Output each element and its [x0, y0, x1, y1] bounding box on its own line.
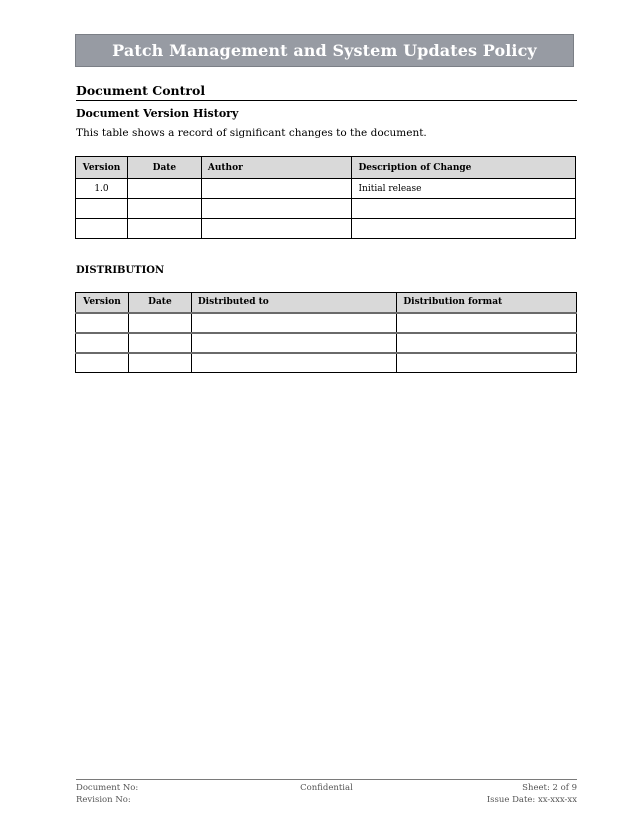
column-header-version: Version — [76, 157, 128, 179]
column-header-description: Description of Change — [352, 157, 576, 179]
column-header-date: Date — [127, 157, 201, 179]
section-heading-document-control: Document Control — [76, 83, 577, 101]
footer-row-2: Revision No: Issue Date: xx-xxx-xx — [76, 794, 577, 806]
cell-date — [128, 353, 191, 373]
cell-description — [352, 199, 576, 219]
cell-distribution-format — [397, 333, 577, 353]
cell-date — [128, 313, 191, 333]
cell-date — [128, 333, 191, 353]
footer-revision-no: Revision No: — [76, 794, 243, 806]
table-row — [76, 199, 576, 219]
cell-author — [201, 179, 352, 199]
cell-author — [201, 219, 352, 239]
cell-version — [76, 353, 129, 373]
version-history-intro: This table shows a record of significant… — [76, 127, 427, 139]
table-row — [76, 313, 577, 333]
cell-date — [127, 219, 201, 239]
table-header-row: Version Date Distributed to Distribution… — [76, 293, 577, 313]
column-header-version: Version — [76, 293, 129, 313]
footer-sheet: Sheet: 2 of 9 — [410, 782, 577, 794]
table-row — [76, 333, 577, 353]
footer-classification: Confidential — [243, 782, 410, 794]
table-row — [76, 353, 577, 373]
cell-author — [201, 199, 352, 219]
cell-description: Initial release — [352, 179, 576, 199]
cell-version — [76, 333, 129, 353]
cell-distributed-to — [191, 333, 396, 353]
cell-distributed-to — [191, 313, 396, 333]
column-header-distributed-to: Distributed to — [191, 293, 396, 313]
document-title: Patch Management and System Updates Poli… — [112, 41, 537, 60]
cell-description — [352, 219, 576, 239]
cell-version — [76, 199, 128, 219]
table-row: 1.0 Initial release — [76, 179, 576, 199]
cell-version — [76, 219, 128, 239]
page-footer: Document No: Confidential Sheet: 2 of 9 … — [76, 779, 577, 806]
table-row — [76, 219, 576, 239]
column-header-author: Author — [201, 157, 352, 179]
cell-version — [76, 313, 129, 333]
cell-distribution-format — [397, 353, 577, 373]
footer-issue-date: Issue Date: xx-xxx-xx — [410, 794, 577, 806]
cell-date — [127, 199, 201, 219]
cell-date — [127, 179, 201, 199]
column-header-distribution-format: Distribution format — [397, 293, 577, 313]
cell-distributed-to — [191, 353, 396, 373]
footer-row-1: Document No: Confidential Sheet: 2 of 9 — [76, 782, 577, 794]
cell-version: 1.0 — [76, 179, 128, 199]
version-history-table: Version Date Author Description of Chang… — [75, 156, 576, 239]
distribution-table: Version Date Distributed to Distribution… — [75, 292, 577, 373]
table-header-row: Version Date Author Description of Chang… — [76, 157, 576, 179]
column-header-date: Date — [128, 293, 191, 313]
section-heading-distribution: DISTRIBUTION — [76, 265, 164, 276]
cell-distribution-format — [397, 313, 577, 333]
footer-document-no: Document No: — [76, 782, 243, 794]
sub-heading-version-history: Document Version History — [76, 107, 238, 120]
footer-spacer — [243, 794, 410, 806]
document-title-bar: Patch Management and System Updates Poli… — [75, 34, 574, 67]
